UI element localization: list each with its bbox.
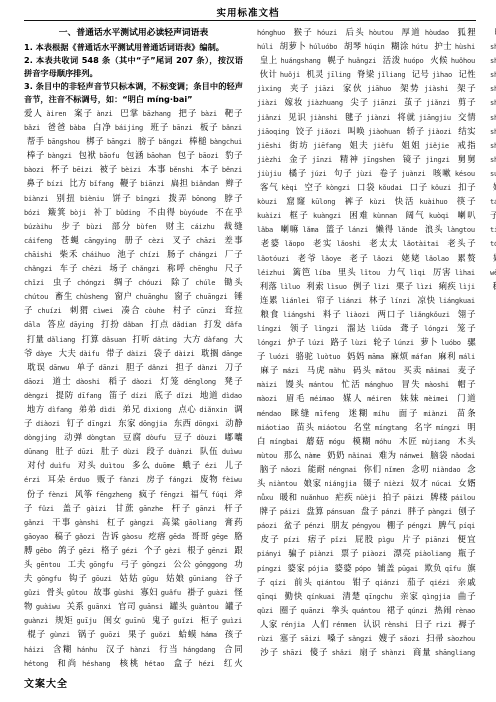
word-entry: 包涵 bāohan — [126, 150, 171, 160]
word-entry: 浪头 làngtou — [425, 224, 475, 234]
word-entry: 镊子 nièzi — [363, 478, 404, 488]
document-page: 实用标准文档 一、普通话水平测试用必读轻声词语表 1. 本表根据《普通话水平测试… — [0, 0, 496, 702]
word-entry: 姥姥 lǎolao — [401, 253, 449, 263]
word-entry: 认识 rènshi — [363, 619, 408, 629]
word-entry: 担子 dànzi — [175, 362, 217, 372]
word-entry: 粮食 liángshi — [260, 309, 315, 319]
word-entry: 甘蔗 gānzhe — [115, 503, 163, 513]
word-entry: 提防 dīfang — [56, 390, 102, 400]
word-entry: 利索 lìsuo — [306, 281, 346, 291]
word-entry: 个子 gèzi — [144, 545, 181, 555]
word-entry: 补丁 bǔding — [94, 207, 140, 217]
word-entry: 公公 gōnggong — [173, 559, 227, 569]
note-3: 3. 条目中的非轻声音节只标本调，不标变调；条目中的轻声音节，注音不标调号，如：… — [24, 80, 243, 106]
word-list: 爱人 àiren 案子 ànzi 巴掌 bāzhang 把子 bàzi 靶子 b… — [24, 26, 496, 672]
word-entry: 鼻子 bízi — [27, 178, 63, 188]
word-entry: 例子 lìzi — [353, 281, 389, 291]
word-entry: 弟弟 dìdi — [79, 404, 116, 414]
word-entry: 模糊 móhu — [353, 436, 392, 446]
word-entry: 茧子 jiǎnzi — [404, 97, 450, 107]
word-entry: 杯子 bēizi — [51, 164, 92, 174]
word-entry: 耽误 dānwu — [27, 362, 69, 372]
word-entry: 豆子 dòuzi — [174, 432, 217, 442]
word-entry: 点心 diǎnxin — [178, 404, 227, 414]
word-entry: 打算 dǎsuan — [82, 334, 126, 344]
word-entry: 钳子 qiánzi — [353, 577, 400, 587]
word-entry: 骨头 gǔtou — [47, 587, 87, 597]
word-entry: 弟兄 dìxiong — [123, 404, 172, 414]
word-entry: 棚子 péngzi — [387, 520, 432, 530]
word-entry: 高粱 gāoliang — [162, 517, 217, 527]
word-entry: 麻烦 máfan — [391, 351, 432, 361]
word-entry: 冒失 màoshi — [401, 379, 449, 389]
word-entry: 盒子 hézi — [174, 658, 215, 668]
word-entry: 漂亮 piàoliang — [393, 548, 451, 558]
word-entry: 片子 piānzi — [402, 534, 449, 544]
word-entry: 果子 guǒzi — [128, 629, 171, 639]
word-entry: 马虎 mǎhu — [307, 365, 346, 375]
word-entry: 后头 hòutou — [346, 27, 394, 37]
word-entry: 裙子 qúnzi — [387, 605, 428, 615]
word-entry: 沙子 shāzi — [260, 647, 302, 657]
word-entry: 火候 huǒhou — [430, 55, 475, 65]
word-entry: 馒头 mántou — [286, 379, 334, 389]
word-entry: 疯子 fēngzi — [139, 489, 184, 499]
word-entry: 快活 kuàihuo — [395, 196, 448, 206]
word-entry: 包袱 bāofu — [78, 150, 119, 160]
word-entry: 被子 bèizi — [100, 164, 141, 174]
word-entry: 名堂 míngtang — [353, 422, 407, 432]
word-entry: 咳嗽 késou — [433, 168, 475, 178]
word-entry: 领子 lǐngzi — [290, 323, 338, 333]
word-entry: 闺女 guīnü — [104, 615, 145, 625]
word-entry: 面子 miànzi — [399, 408, 448, 418]
word-entry: 笛子 dízi — [109, 390, 147, 400]
word-entry: 肚子 dūzi — [56, 446, 94, 456]
word-entry: 鸽子 gēzi — [58, 545, 95, 555]
word-entry: 称呼 chēnghu — [167, 263, 217, 273]
word-entry: 包子 bāozi — [178, 150, 219, 160]
word-entry: 柜子 guìzi — [201, 615, 242, 625]
word-entry: 喇嘛 lǎma — [281, 224, 319, 234]
word-entry: 鬼子 guǐzi — [152, 615, 193, 625]
word-entry: 棍子 gùnzi — [27, 629, 70, 639]
word-entry: 屁股 pìgu — [355, 534, 394, 544]
word-entry: 炉子 lúzi — [288, 337, 324, 347]
word-entry: 东家 dōngjia — [118, 418, 167, 428]
word-entry: 福气 fúqi — [190, 489, 227, 499]
word-entry: 扫帚 sàozhou — [426, 633, 475, 643]
word-entry: 皮子 pízi — [261, 534, 300, 544]
word-entry: 官司 guānsi — [118, 601, 163, 611]
word-entry: 老爷 lǎoye — [298, 253, 341, 263]
word-entry: 帘子 liánzi — [317, 295, 362, 305]
word-entry: 婆家 pójia — [288, 563, 328, 573]
word-entry: 叉子 chāzi — [172, 235, 215, 245]
word-entry: 皇上 huángshang — [260, 55, 321, 65]
word-entry: 那么 nàme — [284, 450, 321, 460]
word-entry: 肠子 chángzi — [167, 249, 217, 259]
word-entry: 猴子 hóuzi — [294, 27, 337, 37]
word-entry: 饼子 bǐngzi — [113, 193, 161, 203]
word-entry: 铺盖 pūgai — [377, 563, 417, 573]
word-entry: 板子 bǎnzi — [200, 122, 242, 132]
word-entry: 橘子 júzi — [289, 168, 327, 178]
word-entry: 娘家 niángjia — [304, 478, 357, 488]
word-entry: 妹妹 mèimei — [400, 393, 448, 403]
word-entry: 糊涂 hútu — [391, 41, 428, 51]
word-entry: 大夫 dàifu — [59, 348, 100, 358]
word-entry: 人们 rénmen — [311, 619, 356, 629]
word-entry: 毽子 jiànzi — [345, 112, 390, 122]
word-entry: 盖子 gàizi — [63, 503, 107, 513]
word-entry: 厚道 hòudao — [401, 27, 449, 37]
word-entry: 带子 dàizi — [106, 348, 147, 358]
word-entry: 钩子 gōuzi — [69, 573, 112, 583]
word-entry: 媒人 méiren — [343, 393, 391, 403]
word-entry: 护士 hùshi — [434, 41, 475, 51]
word-entry: 除了 chúle — [171, 277, 215, 287]
word-entry: 东西 dōngxi — [174, 418, 219, 428]
word-entry: 暖和 nuǎnhuo — [280, 492, 329, 502]
word-entry: 爱人 àiren — [24, 108, 66, 118]
word-entry: 空子 kòngzi — [305, 182, 350, 192]
word-entry: 热闹 rènao — [434, 605, 475, 615]
word-entry: 你们 nǐmen — [364, 464, 405, 474]
word-entry: 栗子 lìzi — [396, 281, 432, 291]
word-entry: 两口子 liǎngkǒuzi — [378, 309, 450, 319]
two-column-body: 一、普通话水平测试用必读轻声词语表 1. 本表根据《普通话水平测试用普通话词语表… — [24, 26, 476, 672]
word-entry: 锅子 guōzi — [78, 629, 121, 639]
word-entry: 财主 cáizhu — [166, 221, 215, 231]
word-entry: 奴才 núcai — [411, 478, 452, 488]
word-entry: 耽搁 dānge — [201, 348, 242, 358]
word-entry: 动弹 dòngtan — [64, 432, 115, 442]
word-entry: 扇子 shànzi — [359, 647, 405, 657]
word-entry: 凉快 liángkuai — [417, 295, 474, 305]
word-entry: 棒槌 bàngchui — [189, 136, 242, 146]
word-entry: 班子 bānzi — [150, 122, 192, 132]
word-entry: 行当 hángdang — [159, 644, 215, 654]
word-entry: 耳朵 ěrduo — [48, 474, 90, 484]
word-entry: 房子 fángzi — [146, 474, 192, 484]
word-entry: 骆驼 luòtuo — [296, 351, 341, 361]
word-entry: 大方 dàfang — [183, 334, 227, 344]
word-entry: 老子 lǎozi — [350, 253, 393, 263]
word-entry: 灯笼 dēnglong — [160, 376, 216, 386]
word-entry: 巴掌 bāzhang — [120, 108, 170, 118]
word-entry: 嗓子 sǎngzi — [327, 633, 372, 643]
word-entry: 本子 běnzi — [201, 164, 242, 174]
word-entry: 别扭 bièniu — [57, 193, 105, 203]
word-entry: 幌子 huǎngzi — [327, 55, 376, 65]
word-entry: 部分 bùfen — [112, 221, 157, 231]
word-entry: 规矩 guīju — [55, 615, 96, 625]
word-entry: 牌楼 páilou — [430, 492, 475, 502]
word-entry: 盘子 pánzi — [361, 506, 401, 516]
word-entry: 婆婆 pópo — [334, 563, 370, 573]
word-entry: 膀子 bǎngzi — [138, 136, 183, 146]
word-entry: 迷糊 míhu — [349, 408, 390, 418]
word-entry: 多么 duōme — [132, 460, 175, 470]
word-entry: 杠子 gàngzi — [107, 517, 154, 527]
word-entry: 骗子 piànzi — [288, 548, 333, 558]
word-entry: 罐头 guàntou — [170, 601, 219, 611]
word-entry: 弓子 gōngzi — [120, 559, 166, 569]
word-entry: 轮子 lúnzi — [373, 337, 413, 347]
word-entry: 风筝 fēngzheng — [75, 489, 132, 499]
word-entry: 和尚 héshang — [57, 658, 110, 668]
word-entry: 拍子 pāizi — [383, 492, 424, 502]
word-entry: 蛤蟆 háma — [178, 629, 217, 639]
word-entry: 妈妈 māma — [347, 351, 384, 361]
word-entry: 痞子 pǐzi — [308, 534, 347, 544]
word-entry: 褂子 guàzi — [187, 587, 227, 597]
word-entry: 蘑菇 mógu — [306, 436, 345, 446]
word-entry: 痢疾 lìji — [439, 281, 475, 291]
word-entry: 案子 ànzi — [74, 108, 112, 118]
word-entry: 打扮 dǎban — [101, 319, 143, 329]
word-entry: 傻子 shǎzi — [310, 647, 352, 657]
word-entry: 梆子 bāngzi — [86, 136, 131, 146]
word-entry: 道士 dàoshi — [53, 376, 101, 386]
word-entry: 地方 dìfang — [27, 404, 72, 414]
word-entry: 簸箕 bòji — [48, 207, 86, 217]
word-entry: 力气 lìqi — [388, 267, 426, 277]
word-entry: 姑姑 gūgu — [120, 573, 159, 583]
word-entry: 鞭子 biānzi — [120, 178, 164, 188]
word-entry: 告诉 gàosu — [101, 531, 141, 541]
word-entry: 麻利 máli — [438, 351, 475, 361]
word-entry: 框子 kuàngzi — [290, 210, 342, 220]
word-entry: 阔气 kuòqi — [405, 210, 448, 220]
word-entry: 关系 guānxi — [67, 601, 112, 611]
word-entry: 工夫 gōngfu — [68, 559, 114, 569]
word-entry: 场子 chǎngzi — [109, 263, 159, 273]
word-entry: 能耐 néngnai — [308, 464, 357, 474]
word-entry: 买卖 mǎimai — [403, 365, 450, 375]
word-entry: 亲家 qìngjia — [400, 591, 450, 601]
word-entry: 打量 dǎliang — [27, 334, 75, 344]
word-entry: 圈子 quānzi — [280, 605, 325, 615]
word-entry: 姐姐 jiějie — [401, 140, 449, 150]
word-entry: 人家 rénjia — [260, 619, 305, 629]
word-entry: 前头 qiántou — [294, 577, 345, 587]
word-entry: 名字 míngzi — [414, 422, 460, 432]
word-entry: 口袋 kǒudai — [357, 182, 402, 192]
word-entry: 袋子 dàizi — [154, 348, 195, 358]
word-entry: 刺猬 cìwei — [70, 305, 113, 315]
word-entry: 溜达 liūda — [347, 323, 391, 333]
word-entry: 底子 dǐzi — [155, 390, 193, 400]
word-entry: 打点 dǎdian — [150, 319, 196, 329]
word-entry: 村子 cūnzi — [173, 305, 216, 315]
word-entry: 聋子 lóngzi — [400, 323, 448, 333]
word-entry: 把子 bàzi — [179, 108, 217, 118]
word-entry: 朋友 péngyou — [331, 520, 380, 530]
word-entry: 胡琴 húqin — [344, 41, 385, 51]
word-entry: 茄子 qiézi — [407, 577, 450, 587]
word-entry: 窟窿 kūlong — [286, 196, 335, 206]
word-entry: 不由得 bùyóude — [148, 207, 208, 217]
word-entry: 废物 fèiwu — [200, 474, 242, 484]
word-entry: 篱笆 líba — [293, 267, 331, 277]
word-entry: 口子 kǒuzi — [410, 182, 451, 192]
word-entry: 脑子 nǎozi — [260, 464, 301, 474]
word-entry: 麻子 mázi — [260, 365, 299, 375]
word-entry: 爸爸 bàba — [48, 122, 86, 132]
word-entry: 里头 lǐtou — [338, 267, 380, 277]
note-2: 2. 本表共收词 548 条（其中“子”尾词 207 条），按汉语拼音字母顺序排… — [24, 54, 243, 80]
word-entry: 姐夫 jiěfu — [350, 140, 393, 150]
page-footer: 文案大全 — [24, 675, 68, 690]
word-entry: 胆子 dǎnzi — [126, 362, 168, 372]
word-entry: 畜生 chùsheng — [55, 291, 108, 301]
word-entry: 老太太 lǎotàitai — [369, 238, 439, 248]
word-entry: 眯缝 mīfeng — [290, 408, 339, 418]
word-entry: 夹子 jiāzi — [290, 83, 334, 93]
word-entry: 路子 lùzi — [330, 337, 366, 347]
word-entry: 棒子 bàngzi — [27, 150, 72, 160]
word-entry: 料子 liàozi — [323, 309, 370, 319]
word-entry: 苗头 miáotou — [296, 422, 346, 432]
word-entry: 苍蝇 cāngying — [61, 235, 117, 245]
word-entry: 利落 lìluo — [260, 281, 300, 291]
word-entry: 轿子 jiàozi — [407, 126, 452, 136]
word-entry: 篮子 lánzi — [326, 224, 368, 234]
word-entry: 叫唤 jiàohuan — [347, 126, 400, 136]
word-entry: 见识 jiànshi — [288, 112, 338, 122]
word-entry: 段子 duànzi — [146, 446, 192, 456]
word-entry: 池子 chízi — [117, 249, 159, 259]
word-entry: 胡萝卜 húluóbo — [280, 41, 338, 51]
word-entry: 本事 běnshi — [148, 164, 193, 174]
word-entry: 镜子 jìngzi — [403, 154, 450, 164]
header-rule — [24, 20, 476, 21]
word-entry: 嫁妆 jiàzhuang — [285, 97, 343, 107]
word-entry: 肚子 dùzi — [101, 446, 139, 456]
word-entry: 柴禾 cháihuo — [60, 249, 110, 259]
word-entry: 帮手 bāngshou — [27, 136, 80, 146]
doc-title: 一、普通话水平测试用必读轻声词语表 — [24, 27, 243, 40]
word-entry: 拳头 quántou — [331, 605, 380, 615]
word-entry: 饺子 jiǎozi — [296, 126, 341, 136]
word-entry: 勤快 qínkuai — [285, 591, 335, 601]
word-entry: 架势 jiàshi — [400, 83, 448, 93]
word-entry: 含糊 hánhu — [53, 644, 97, 654]
word-entry: 困难 kùnnan — [350, 210, 398, 220]
word-entry: 机灵 jīling — [306, 69, 350, 79]
word-entry: 故事 gùshi — [93, 587, 133, 597]
word-entry: 地道 dìdao — [200, 390, 242, 400]
word-entry: 活泼 huópo — [383, 55, 424, 65]
word-entry: 萝卜 luóbo — [420, 337, 460, 347]
word-entry: 尖子 jiānzi — [350, 97, 396, 107]
word-entry: 汉子 hànzi — [106, 644, 150, 654]
word-entry: 盆子 pénzi — [284, 520, 325, 530]
word-entry: 扁担 biǎndan — [171, 178, 219, 188]
word-entry: 钉子 dīngzi — [67, 418, 112, 428]
word-entry: 懒得 lǎnde — [375, 224, 417, 234]
word-entry: 票子 piàozi — [341, 548, 386, 558]
word-entry: 林子 línzi — [369, 295, 410, 305]
word-entry: 胖子 pàngzi — [408, 506, 452, 516]
word-entry: 街坊 jiēfang — [290, 140, 342, 150]
word-entry: 老实 lǎoshi — [313, 238, 361, 248]
word-entry: 寡妇 guǎfu — [140, 587, 180, 597]
word-entry: 绸子 chóuzi — [114, 277, 162, 287]
word-entry: 欺负 qīfu — [424, 563, 460, 573]
word-entry: 精神 jīngshen — [340, 154, 395, 164]
word-entry: 车子 chēzi — [60, 263, 102, 273]
word-entry: 答应 dāying — [48, 319, 94, 329]
word-entry: 凑合 còuhe — [121, 305, 164, 315]
word-entry: 家伙 jiāhuo — [343, 83, 391, 93]
word-entry: 稿子 gǎozi — [55, 531, 95, 541]
note-1: 1. 本表根据《普通话水平测试用普通话词语表》编制。 — [24, 41, 243, 54]
word-entry: 姑娘 gūniang — [166, 573, 217, 583]
page-header: 实用标准文档 — [0, 5, 496, 19]
word-entry: 册子 cèzi — [125, 235, 164, 245]
word-entry: 厉害 lìhai — [433, 267, 475, 277]
word-entry: 单子 dānzi — [77, 362, 119, 372]
word-entry: 忙活 mánghuo — [341, 379, 393, 389]
word-entry: 杆子 gānzi — [172, 503, 216, 513]
word-entry: 牌子 páizi — [260, 506, 300, 516]
word-entry: 豆腐 dòufu — [123, 432, 166, 442]
word-entry: 脾气 píqi — [438, 520, 475, 530]
word-entry: 核桃 hétao — [120, 658, 165, 668]
word-entry: 根子 gēnzi — [187, 545, 228, 555]
word-entry: 裤子 kùzi — [345, 196, 386, 206]
word-entry: 队伍 duìwu — [200, 446, 242, 456]
word-entry: 日子 rìzi — [415, 619, 452, 629]
word-entry: 商量 shāngliang — [413, 647, 475, 657]
word-entry: 金子 jīnzi — [289, 154, 332, 164]
word-entry: 难为 nánwei — [379, 450, 424, 460]
word-entry: 窗子 chuāngzi — [174, 291, 227, 301]
word-entry: 疙瘩 gēda — [148, 531, 184, 541]
word-entry: 老婆 lǎopo — [261, 238, 305, 248]
word-entry: 蛾子 ézi — [182, 460, 216, 470]
word-entry: 眉毛 méimao — [286, 393, 334, 403]
word-entry: 窗户 chuānghu — [115, 291, 168, 301]
word-entry: 打发 dǎfa — [204, 319, 242, 329]
word-entry: 脑袋 nǎodai — [430, 450, 475, 460]
word-entry: 清楚 qīngchu — [342, 591, 392, 601]
word-entry: 干事 gànshi — [52, 517, 99, 527]
word-entry: 奶奶 nǎinai — [327, 450, 372, 460]
word-entry: 拨弄 bōnong — [168, 193, 216, 203]
word-entry: 稻子 dàozi — [108, 376, 151, 386]
word-entry: 虫子 chóngzi — [53, 277, 105, 287]
word-entry: 份子 fènzi — [27, 489, 68, 499]
word-entry: 白净 báijing — [93, 122, 143, 132]
word-entry: 打听 dǎting — [132, 334, 176, 344]
word-entry: 贩子 fànzi — [97, 474, 139, 484]
word-entry: 念叨 niàndao — [411, 464, 460, 474]
word-entry: 嫂子 sǎozi — [379, 633, 420, 643]
word-entry: 脊梁 jǐliang — [357, 69, 405, 79]
word-entry: 塞子 sāizi — [280, 633, 321, 643]
word-entry: 连累 liánlei — [260, 295, 309, 305]
word-entry: 伙计 huǒji — [260, 69, 300, 79]
word-entry: 疟疾 nüèji — [335, 492, 376, 502]
word-entry: 盘算 pánsuan — [306, 506, 354, 516]
word-entry: 木匠 mùjiang — [399, 436, 450, 446]
word-entry: 客气 kèqi — [260, 182, 297, 192]
word-entry: 句子 jùzi — [334, 168, 372, 178]
